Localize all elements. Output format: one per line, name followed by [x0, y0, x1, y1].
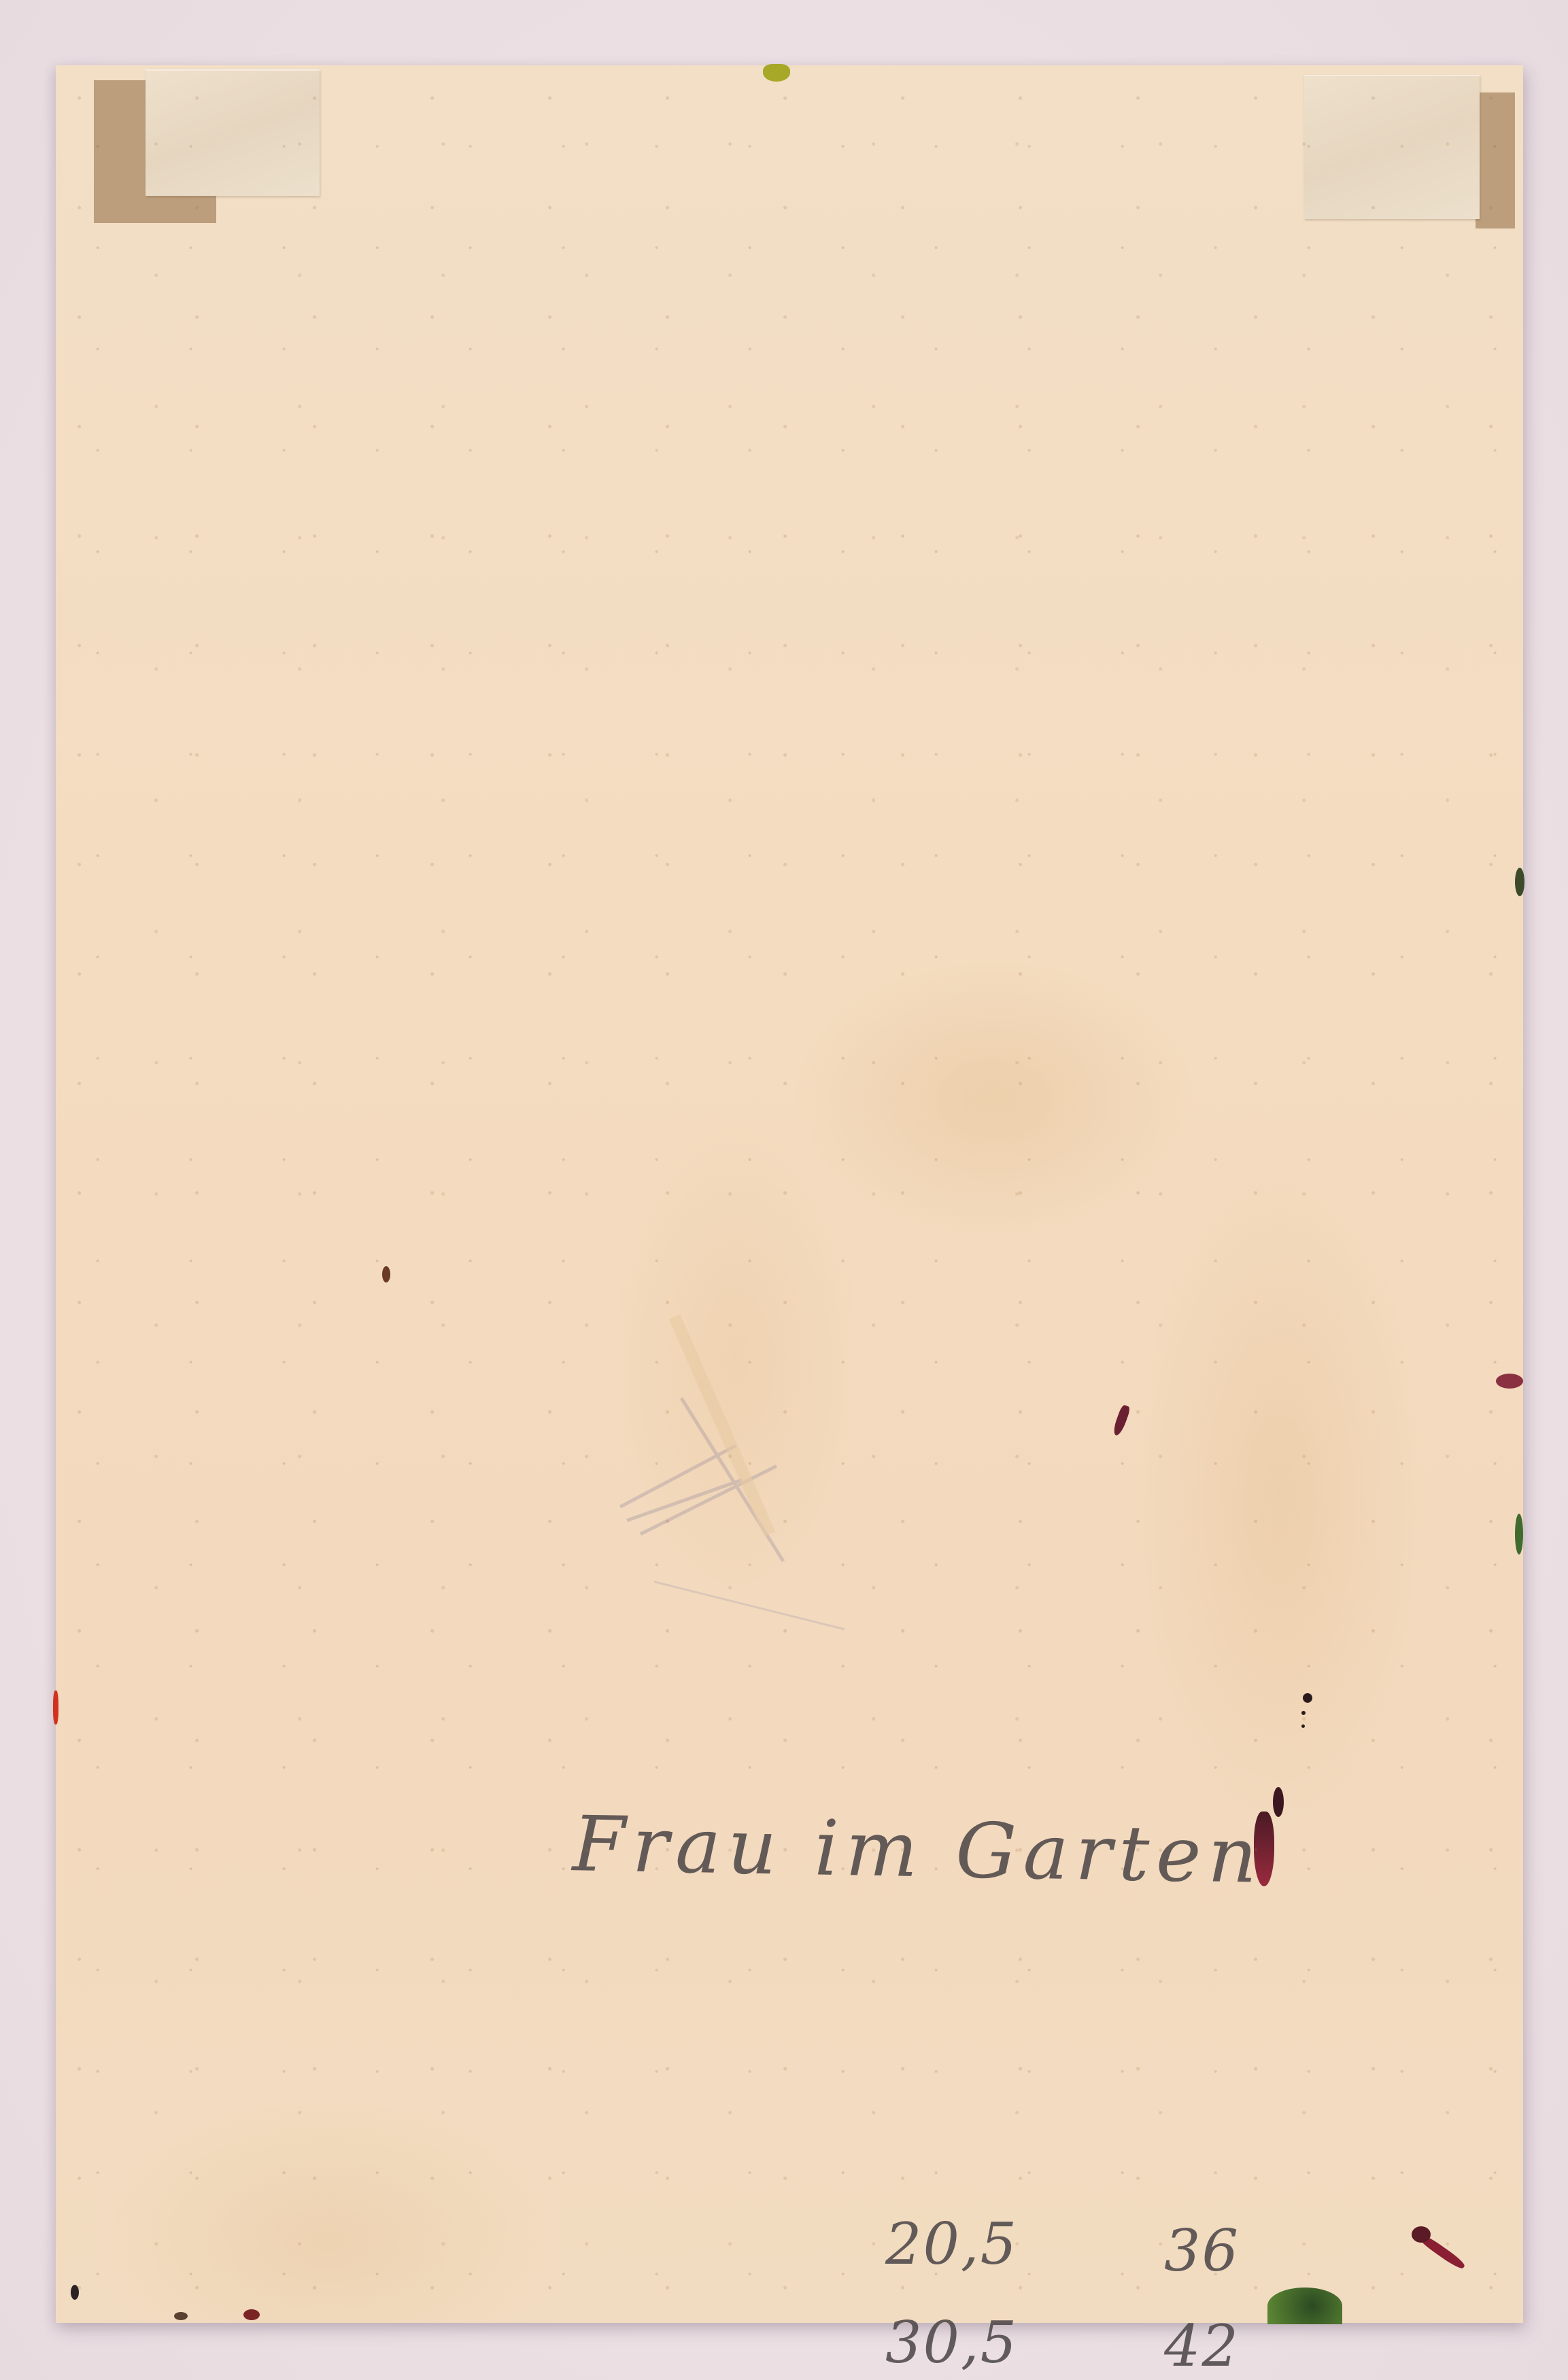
- measurement-height-2: 42: [1164, 2313, 1240, 2379]
- measurement-height-1: 30,5: [885, 2309, 1018, 2376]
- kraft-tape-top-right: [1476, 92, 1515, 228]
- green-paint-edge-lower: [1515, 1514, 1523, 1554]
- dark-paint-dot-small: [1301, 1711, 1306, 1715]
- yellow-paint-spot: [763, 64, 790, 82]
- paper-tape-top-left: [146, 69, 320, 196]
- faint-pencil-sketch: [600, 1276, 913, 1656]
- brown-spot-center-left: [382, 1266, 390, 1282]
- dark-mark-lower-left: [71, 2285, 79, 2300]
- red-paint-drip-small: [1112, 1404, 1131, 1437]
- red-dot-bottom: [243, 2309, 260, 2320]
- red-paint-drip-top: [1273, 1787, 1284, 1817]
- red-splatter-blob: [1412, 2226, 1431, 2243]
- red-green-fleck-edge: [1496, 1374, 1523, 1389]
- red-paint-left-edge: [53, 1690, 58, 1724]
- paper-sheet: Frau im Garten 20,5 30,5 36 42: [56, 65, 1523, 2323]
- dark-paint-dot-tiny: [1301, 1724, 1305, 1728]
- green-paint-blob: [1267, 2288, 1342, 2324]
- measurement-width-2: 36: [1164, 2217, 1240, 2284]
- title-inscription: Frau im Garten: [572, 1800, 1265, 1901]
- measurement-width-1: 20,5: [885, 2211, 1018, 2277]
- paper-tape-top-right: [1304, 75, 1480, 219]
- green-paint-edge: [1515, 868, 1524, 896]
- dark-paint-dot: [1303, 1693, 1312, 1703]
- brown-dot-bottom: [174, 2312, 188, 2320]
